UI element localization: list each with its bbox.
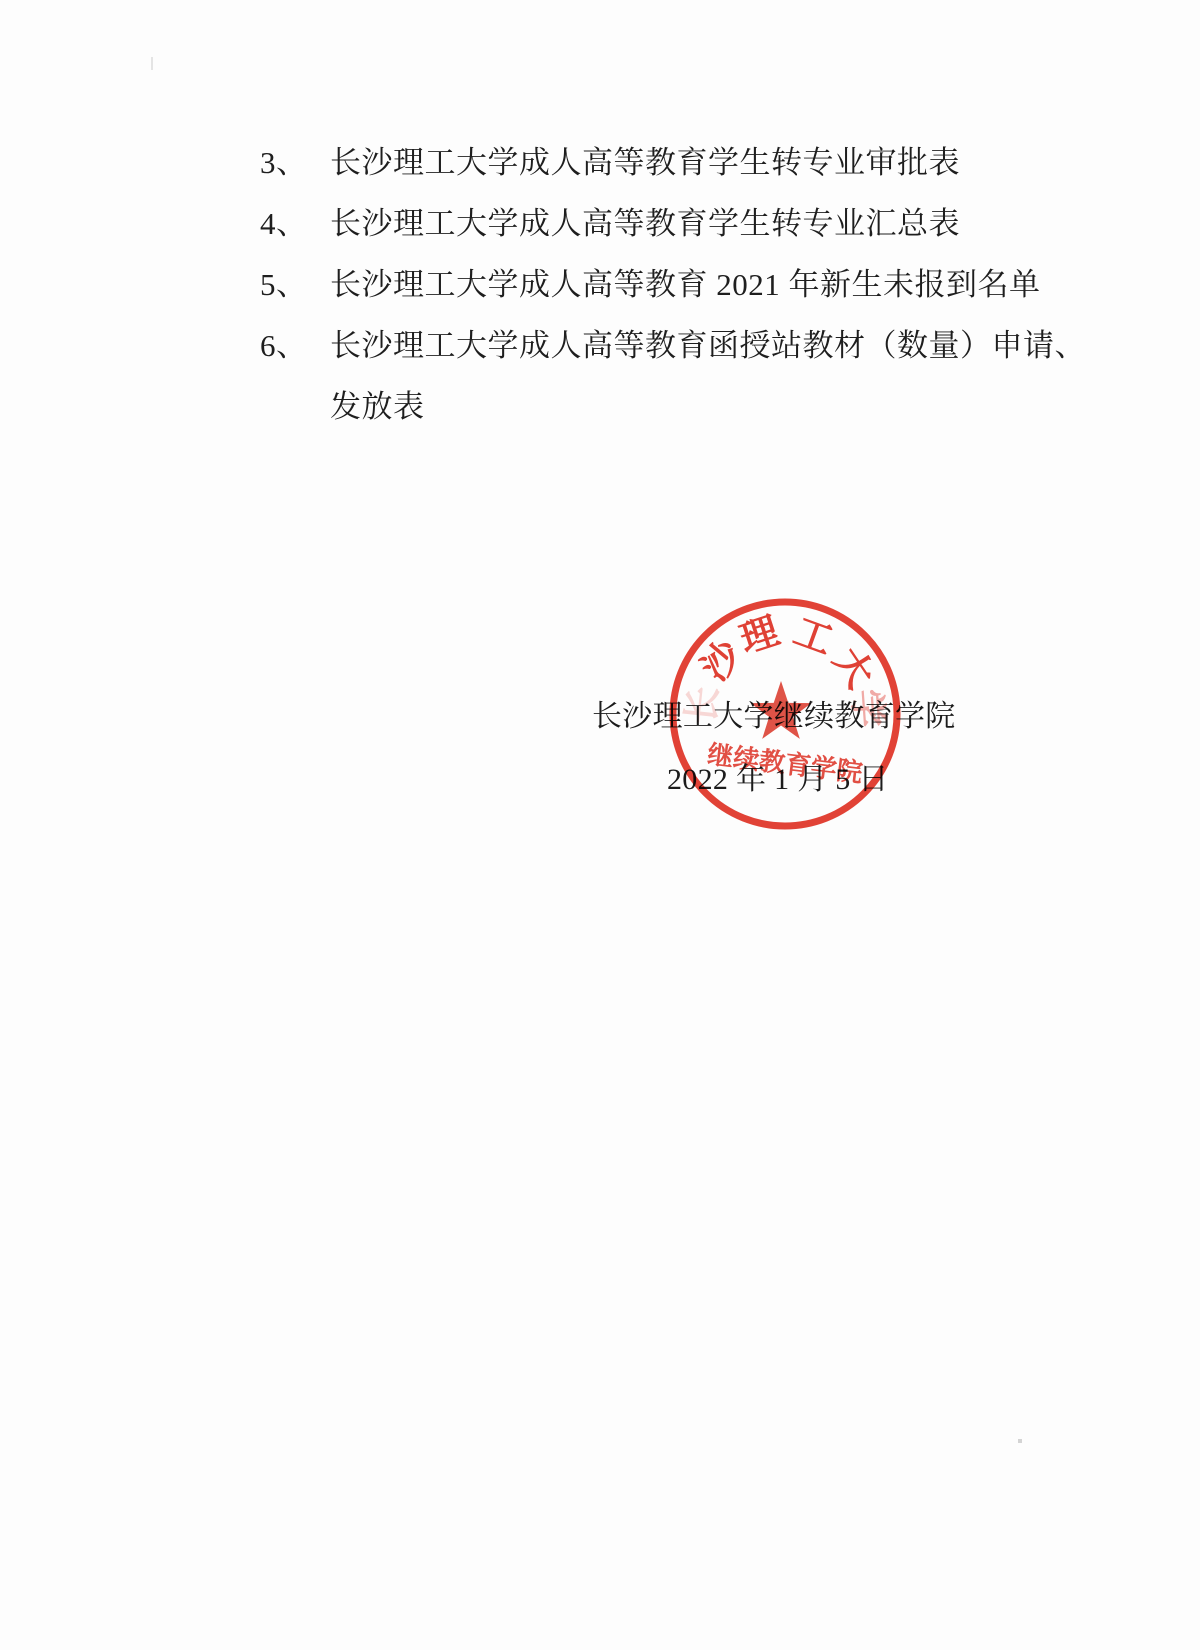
item-number: 6、 — [260, 320, 330, 365]
document-page: 3、 长沙理工大学成人高等教育学生转专业审批表 4、 长沙理工大学成人高等教育学… — [0, 0, 1200, 1650]
official-seal: 长 沙 理 工 大 学 继续教育学院 — [663, 592, 907, 836]
item-text: 长沙理工大学成人高等教育学生转专业汇总表 — [330, 198, 960, 243]
scan-artifact-dot — [1018, 1439, 1022, 1443]
list-item: 6、 长沙理工大学成人高等教育函授站教材（数量）申请、 — [260, 320, 1086, 381]
item-text: 长沙理工大学成人高等教育学生转专业审批表 — [330, 137, 960, 182]
item-text: 长沙理工大学成人高等教育 2021 年新生未报到名单 — [330, 259, 1041, 304]
seal-arc-char: 长 — [681, 684, 727, 726]
list-item: 4、 长沙理工大学成人高等教育学生转专业汇总表 — [260, 198, 1086, 259]
list-item: 3、 长沙理工大学成人高等教育学生转专业审批表 — [260, 137, 1086, 198]
seal-arc-char: 工 — [788, 611, 838, 663]
item-number: 5、 — [260, 259, 330, 304]
item-number: 4、 — [260, 198, 330, 243]
item-number: 3、 — [260, 137, 330, 182]
seal-bottom-text: 继续教育学院 — [706, 739, 865, 788]
seal-star-icon — [751, 681, 812, 739]
seal-arc-char: 学 — [845, 688, 890, 729]
item-text: 长沙理工大学成人高等教育函授站教材（数量）申请、 — [330, 320, 1086, 365]
scan-artifact-tick — [151, 57, 153, 70]
item-continuation-text: 发放表 — [330, 381, 425, 426]
list-item-continuation: 发放表 — [260, 381, 1086, 442]
list-item: 5、 长沙理工大学成人高等教育 2021 年新生未报到名单 — [260, 259, 1086, 320]
attachment-list: 3、 长沙理工大学成人高等教育学生转专业审批表 4、 长沙理工大学成人高等教育学… — [260, 137, 1086, 442]
